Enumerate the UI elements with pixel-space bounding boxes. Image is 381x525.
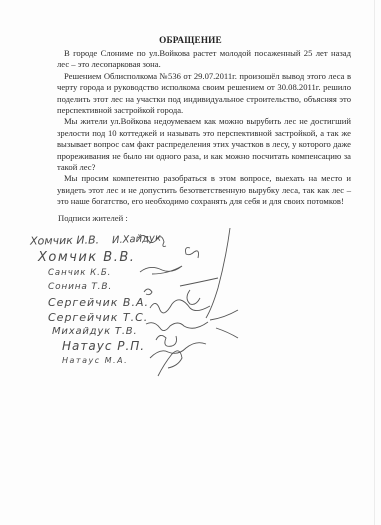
signature-name: Натаус М.А. (62, 356, 128, 365)
signature-name: Хомчик И.В. (30, 233, 99, 247)
handwritten-signatures-icon (120, 228, 250, 378)
document-title: ОБРАЩЕНИЕ (0, 35, 381, 45)
paragraph-2: Решением Облисполкома №536 от 29.07.2011… (57, 71, 351, 117)
paragraph-1: В городе Слониме по ул.Войкова растет мо… (57, 48, 351, 71)
page-edge (374, 0, 375, 525)
document-body: В городе Слониме по ул.Войкова растет мо… (57, 48, 351, 208)
paragraph-3: Мы жители ул.Войкова недоумеваем как мож… (57, 116, 351, 173)
signature-name: Санчик К.Б. (48, 268, 111, 278)
document-page: ОБРАЩЕНИЕ В городе Слониме по ул.Войкова… (0, 0, 381, 525)
signature-name: Сонина Т.В. (48, 282, 112, 292)
paragraph-4: Мы просим компетентно разобраться в этом… (57, 173, 351, 207)
signatures-label: Подписи жителей : (58, 213, 128, 223)
